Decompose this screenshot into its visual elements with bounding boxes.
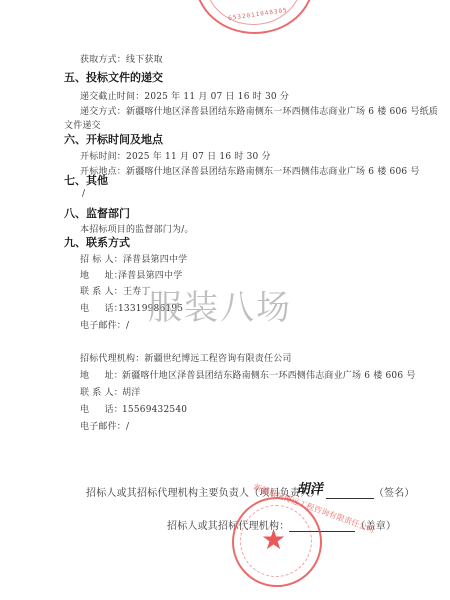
agency-email-label: 电子邮件： bbox=[80, 422, 126, 432]
agency-phone: 电 话：15569432540 bbox=[80, 402, 187, 415]
opening-time-value: 2025 年 11 月 07 日 16 时 30 分 bbox=[126, 152, 271, 162]
tenderer-address-label: 地 址： bbox=[80, 268, 118, 281]
agency-phone-value: 15569432540 bbox=[122, 405, 187, 415]
submission-deadline: 递交截止时间：2025 年 11 月 07 日 16 时 30 分 bbox=[80, 89, 289, 102]
agency-name-value: 新疆世纪博远工程咨询有限责任公司 bbox=[144, 354, 291, 364]
submission-method-label: 递交方式： bbox=[80, 107, 126, 117]
opening-time: 开标时间：2025 年 11 月 07 日 16 时 30 分 bbox=[80, 149, 271, 162]
opening-location-value: 新疆喀什地区泽普县团结东路南侧东一环西侧伟志商业广场 6 楼 606 号 bbox=[126, 167, 420, 177]
section-8-title: 八、监督部门 bbox=[64, 205, 130, 221]
agency-name: 招标代理机构：新疆世纪博远工程咨询有限责任公司 bbox=[80, 351, 292, 364]
section-5-title: 五、投标文件的递交 bbox=[64, 69, 163, 85]
tenderer-name-label: 招 标 人： bbox=[80, 255, 123, 265]
tenderer-name: 招 标 人：泽普县第四中学 bbox=[80, 252, 187, 265]
section-7-title: 七、其他 bbox=[64, 172, 108, 188]
other-value: / bbox=[82, 189, 85, 199]
acquisition-value: 线下获取 bbox=[126, 55, 163, 65]
tenderer-email-label: 电子邮件： bbox=[80, 321, 126, 331]
tenderer-contact: 联 系 人：王寿丁 bbox=[80, 284, 151, 297]
section-6-title: 六、开标时间及地点 bbox=[64, 131, 163, 147]
tenderer-email: 电子邮件：/ bbox=[80, 318, 129, 331]
agency-address-label: 地 址： bbox=[80, 368, 122, 381]
opening-location: 开标地点：新疆喀什地区泽普县团结东路南侧东一环西侧伟志商业广场 6 楼 606 … bbox=[80, 164, 420, 177]
watermark: 服装八场 bbox=[148, 280, 292, 329]
tenderer-email-value: / bbox=[126, 321, 129, 331]
tenderer-name-value: 泽普县第四中学 bbox=[123, 255, 187, 265]
document-page: 6532011048305 获取方式：线下获取 五、投标文件的递交 递交截止时间… bbox=[0, 0, 450, 600]
submission-method-continuation: 文件递交 bbox=[64, 118, 101, 131]
stamp-star-icon: ★ bbox=[261, 526, 286, 554]
section-9-title: 九、联系方式 bbox=[64, 234, 130, 250]
submission-method: 递交方式：新疆喀什地区泽普县团结东路南侧东一环西侧伟志商业广场 6 楼 606 … bbox=[80, 104, 438, 117]
opening-time-label: 开标时间： bbox=[80, 152, 126, 162]
agency-email: 电子邮件：/ bbox=[80, 419, 129, 432]
agency-email-value: / bbox=[126, 422, 129, 432]
agency-address-value: 新疆喀什地区泽普县团结东路南侧东一环西侧伟志商业广场 6 楼 606 号 bbox=[122, 371, 416, 381]
agency-address: 地 址：新疆喀什地区泽普县团结东路南侧东一环西侧伟志商业广场 6 楼 606 号 bbox=[80, 368, 416, 381]
agency-contact: 联 系 人：胡洋 bbox=[80, 385, 140, 398]
signature-underline bbox=[326, 488, 374, 499]
agency-phone-label: 电 话： bbox=[80, 402, 122, 415]
agency-contact-value: 胡洋 bbox=[122, 388, 140, 398]
submission-deadline-label: 递交截止时间： bbox=[80, 92, 144, 102]
acquisition-line: 获取方式：线下获取 bbox=[80, 52, 163, 65]
responsible-signature-line: 招标人或其招标代理机构主要负责人（项目负责人）：（签名） bbox=[86, 484, 415, 499]
responsible-suffix: （签名） bbox=[374, 488, 415, 499]
agency-name-label: 招标代理机构： bbox=[80, 354, 144, 364]
submission-deadline-value: 2025 年 11 月 07 日 16 时 30 分 bbox=[144, 92, 289, 102]
submission-method-value: 新疆喀什地区泽普县团结东路南侧东一环西侧伟志商业广场 6 楼 606 号纸质 bbox=[126, 107, 438, 117]
acquisition-label: 获取方式： bbox=[80, 55, 126, 65]
tenderer-contact-value: 王寿丁 bbox=[123, 287, 151, 297]
agency-contact-label: 联 系 人： bbox=[80, 385, 122, 398]
handwritten-signature: 胡洋 bbox=[296, 478, 326, 497]
tenderer-contact-label: 联 系 人： bbox=[80, 287, 123, 297]
tenderer-phone-label: 电 话： bbox=[80, 301, 118, 314]
